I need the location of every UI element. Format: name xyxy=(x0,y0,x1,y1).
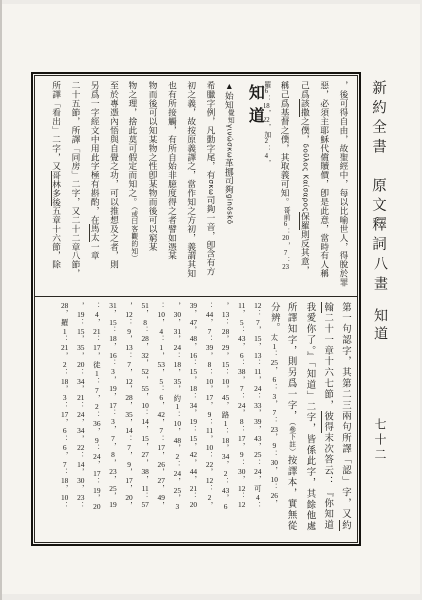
verse-reference-column: ：4，21：17，徒1：7，2：36，9：24，17：19，20 xyxy=(88,302,104,540)
verse-number: 21 xyxy=(189,485,198,492)
text-run: 11，5：43，6：38，7：24，8：17，9：30，12：12 xyxy=(237,302,246,509)
verse-number: 36 xyxy=(92,420,101,427)
scanned-book-page: { "colors": { "ink": "#1c1b19", "paper":… xyxy=(0,0,422,600)
verse-number: 34 xyxy=(221,453,230,460)
verse-number: 1 xyxy=(221,420,230,427)
greek-transliteration: γινώσκω xyxy=(225,124,233,158)
text-run: 革挪司夠 xyxy=(224,158,234,194)
verse-number: 35 xyxy=(76,344,85,351)
verse-number: 3 xyxy=(60,394,69,401)
verse-reference-column: 31，15：18，16：3，19，17：3，7，8，23，25，19 xyxy=(104,302,120,540)
verse-number: 17 xyxy=(108,402,117,409)
verse-number: 2 xyxy=(60,361,69,368)
vertical-text-column: ▲始知覺知γινώσκω革挪司夠ginōskō xyxy=(220,81,239,294)
verse-number: 48 xyxy=(189,335,198,342)
verse-number: 24 xyxy=(253,385,262,392)
verse-number: 24 xyxy=(92,453,101,460)
vertical-text-column: 另爲一字經文中用此字極有斟酌，在馬太一章 xyxy=(85,81,104,294)
text-run: 一章 xyxy=(90,242,100,260)
verse-number: 49 xyxy=(157,494,166,501)
verse-number: 30 xyxy=(76,477,85,484)
verse-number: 26 xyxy=(157,461,166,468)
text-run: ，30，31，24：18，35，約1：10，48，2：24，25，3 xyxy=(173,302,182,511)
text-run: ：4，21：17，徒1：7，2：36，9：24，17：19，20 xyxy=(92,302,101,511)
vertical-text-column: 也有所接觸，有所自始非臆度得之者譬如憑某 xyxy=(162,81,181,294)
verse-number: 31 xyxy=(108,302,117,309)
verse-number: 13 xyxy=(125,344,134,351)
text-run: 39，47，48，16：15，18：34，19：15，42，44，21：20 xyxy=(189,302,198,509)
text-run: ，12：9，13：7，12，28，35，14：7，9，17，20， xyxy=(125,302,134,511)
proper-name-marked: 翰 xyxy=(321,302,332,313)
verse-number: 6 xyxy=(237,352,246,359)
verse-number: 18 xyxy=(173,361,182,368)
text-run: ，後可得自由，故聖經中，每以比喻世人，得脫於罪 xyxy=(339,81,349,287)
verse-number: 3 xyxy=(108,368,117,375)
text-run: ，13：28，29，15：10，45，路1：18，34，2：43，6 xyxy=(221,302,230,511)
verse-number: 39 xyxy=(189,302,198,309)
verse-number: 39 xyxy=(205,344,214,351)
verse-number: 20 xyxy=(125,494,134,501)
vertical-text-column: 分辨。太1：25，6：3，7：23，9：30，10：26， xyxy=(265,302,282,540)
vertical-text-column: 二十五節，所譯「同房」二字，又二十二章八節， xyxy=(66,81,85,294)
text-run: 28，羅1：21，2：18，3：17，6：6，7：18，10： xyxy=(60,302,69,511)
verse-number: 22 xyxy=(264,117,270,124)
verse-number: 23 xyxy=(270,426,279,433)
verse-number: 9 xyxy=(125,328,134,335)
verse-number: 14 xyxy=(76,461,85,468)
verse-number: 12 xyxy=(237,501,246,508)
greek-transliteration: δοῦλος Καίσαρος xyxy=(301,144,309,212)
verse-number: 6 xyxy=(264,88,270,95)
verse-number: 57 xyxy=(141,501,150,508)
verse-number: 2 xyxy=(173,453,182,460)
verse-number: 28 xyxy=(60,302,69,309)
verse-number: 12 xyxy=(205,477,214,484)
verse-number: 6 xyxy=(270,376,279,383)
text-run: 按譯本，實無從 xyxy=(286,455,296,531)
verse-number: 10 xyxy=(270,476,279,483)
verse-number: 6 xyxy=(282,221,289,228)
text-run: 第一句認字，其第二三兩句所譯「認」字，又 xyxy=(340,302,350,520)
verse-number: 11 xyxy=(205,427,214,434)
verse-number: 8 xyxy=(108,451,117,458)
vertical-text-column: 我愛你了。』「知道」二字，皆係此字，其餘他處 xyxy=(300,302,318,540)
verse-number: 7 xyxy=(125,444,134,451)
verse-reference-column: 39，47，48，16：15，18：34，19：15，42，44，21：20 xyxy=(185,302,201,540)
verse-number: 30 xyxy=(237,468,246,475)
page-frame: ，後可得自由，故聖經中，每以比喻世人，得脫於罪惡，必須主耶穌代償贖價，卽是此意，… xyxy=(31,72,361,546)
verse-number: 1 xyxy=(270,343,279,350)
verse-number: 24 xyxy=(253,468,262,475)
verse-number: 27 xyxy=(141,451,150,458)
verse-number: 17 xyxy=(157,444,166,451)
vertical-text-column: 第一句認字，其第二三兩句所譯「認」字，又約 xyxy=(335,302,353,540)
entry-heading-text: 知道 xyxy=(246,81,263,130)
text-run: 五章十六節，除 xyxy=(52,206,62,269)
verse-number: 10 xyxy=(205,378,214,385)
verse-number: 7 xyxy=(92,387,101,394)
verse-number: 7 xyxy=(270,409,279,416)
verse-number: 12 xyxy=(253,302,262,309)
verse-number: 15 xyxy=(76,328,85,335)
text-run: 物而後可以知某物之性卽某物而後可以窮某 xyxy=(148,81,158,251)
verse-number: 17 xyxy=(237,435,246,442)
verse-number: 31 xyxy=(173,328,182,335)
verse-number: 4 xyxy=(253,494,262,501)
verse-number: 51 xyxy=(141,302,150,309)
verse-number: 19 xyxy=(92,487,101,494)
verse-number: 12 xyxy=(125,378,134,385)
verse-number: 18 xyxy=(221,437,230,444)
verse-number: 19 xyxy=(108,501,117,508)
verse-number: 21 xyxy=(60,344,69,351)
verse-number: 8 xyxy=(205,361,214,368)
text-run: 希臘字例，凡動字尾，有 xyxy=(206,81,216,179)
verse-number: 25 xyxy=(253,451,262,458)
text-run: 司夠一音，卽含有方 xyxy=(206,195,216,276)
verse-number: 1 xyxy=(157,344,166,351)
verse-number: 2 xyxy=(205,494,214,501)
margin-radical-section: 八畫 xyxy=(365,256,389,296)
vertical-text-column: 物之理，捨此莫可假定而知之。（或曰客觀的知） xyxy=(124,81,143,294)
verse-number: 17 xyxy=(60,411,69,418)
verse-number: 33 xyxy=(253,402,262,409)
verse-number: 3 xyxy=(108,418,117,425)
verse-number: 11 xyxy=(253,368,262,375)
verse-number: 18 xyxy=(108,335,117,342)
verse-number: 15 xyxy=(108,319,117,326)
verse-number: 6 xyxy=(221,503,230,510)
page-frame-inner-rule: ，後可得自由，故聖經中，每以比喻世人，得脫於罪惡，必須主耶穌代償贖價，卽是此意，… xyxy=(34,75,358,543)
verse-number: 4 xyxy=(157,328,166,335)
verse-number: 23 xyxy=(108,468,117,475)
verse-number: 17 xyxy=(92,470,101,477)
verse-number: 10 xyxy=(141,402,150,409)
outer-margin-column: 新約全書 原文釋詞 八畫 知道 七十二 xyxy=(365,76,389,546)
text-run: 分辨。 xyxy=(269,302,279,333)
verse-reference-column: ，13：28，29，15：10，45，路1：18，34，2：43，6 xyxy=(217,302,233,540)
verse-number: 13 xyxy=(221,311,230,318)
verse-reference-column: 28，羅1：21，2：18，3：17，6：6，7：18，10： xyxy=(56,302,72,540)
verse-number: 12 xyxy=(125,311,134,318)
verse-number: 9 xyxy=(125,461,134,468)
verse-number: 2 xyxy=(92,403,101,410)
verse-number: 53 xyxy=(157,361,166,368)
small-annotation: 覺知 xyxy=(226,109,233,124)
verse-number: 16 xyxy=(108,352,117,359)
verse-number: 18 xyxy=(264,103,270,110)
vertical-text-column: 己爲該撒之僕，δοῦλος Καίσαρος保羅則反其意， xyxy=(295,81,314,294)
verse-number: 26 xyxy=(270,492,279,499)
verse-number: 19 xyxy=(76,311,85,318)
verse-number: 38 xyxy=(141,468,150,475)
verse-number: 11 xyxy=(237,302,246,309)
text-run: ，19：15，35，20：34，21：24，34，22：14，30，23： xyxy=(76,302,85,511)
verse-number: 20 xyxy=(76,361,85,368)
verse-number: 18 xyxy=(60,477,69,484)
verse-number: 19 xyxy=(189,418,198,425)
verse-number: 20 xyxy=(92,503,101,510)
verse-number: 8 xyxy=(141,319,150,326)
text-run: 12：7，15，13：11，24：33，39，43，25：24，可4： xyxy=(253,302,262,511)
bottom-register: 第一句認字，其第二三兩句所譯「認」字，又約翰二十一章十六七節，彼得末次答云：『你… xyxy=(35,297,357,542)
verse-number: 48 xyxy=(173,437,182,444)
verse-number: 24 xyxy=(76,411,85,418)
verse-number: 9 xyxy=(270,442,279,449)
verse-number: 19 xyxy=(108,385,117,392)
verse-number: 11 xyxy=(141,485,150,492)
verse-reference-column: ：44，7：39，8：10，17，9：11，10：22，12：2， xyxy=(201,302,217,540)
verse-number: 7 xyxy=(125,361,134,368)
text-run: 二十五節，所譯「同房」二字，又二十二章八節， xyxy=(71,81,81,278)
verse-reference-run: 太1：25，6：3，7：23，9：30，10：26， xyxy=(270,333,279,508)
verse-number: 15 xyxy=(189,368,198,375)
text-run: 另爲一字經文中用此字極有斟酌，在 xyxy=(90,81,100,224)
text-run: 至於專憑內悟與自覺之功，可以推想及之者，則 xyxy=(110,81,120,269)
vertical-text-column: 翰二十一章十六七節，彼得末次答云：『你知道 xyxy=(317,302,335,540)
verse-number: 1 xyxy=(92,370,101,377)
verse-number: 9 xyxy=(237,451,246,458)
greek-transliteration: ginōskō xyxy=(225,194,233,225)
verse-number: 43 xyxy=(221,487,230,494)
verse-number: 17 xyxy=(205,394,214,401)
verse-number: 18 xyxy=(189,385,198,392)
text-run: 也有所接觸，有所自始非臆度得之者譬如憑某 xyxy=(167,81,177,260)
verse-number: 45 xyxy=(221,394,230,401)
verse-number: 38 xyxy=(237,368,246,375)
verse-reference-column: 12：7，15，13：11，24：33，39，43，25：24，可4： xyxy=(249,302,265,540)
verse-number: 25 xyxy=(270,359,279,366)
text-run: 所譯「看出」二字，又 xyxy=(52,81,62,171)
margin-work-title: 新約全書 原文釋詞 xyxy=(365,80,389,256)
verse-number: 23 xyxy=(282,264,289,271)
verse-number: 15 xyxy=(141,435,150,442)
vertical-text-column: ，後可得自由，故聖經中，每以比喻世人，得脫於罪 xyxy=(334,81,353,294)
verse-number: 10 xyxy=(157,311,166,318)
verse-number: 3 xyxy=(270,393,279,400)
vertical-text-column: 所譯知字，則另爲一字，（參下註）按譯本，實無從 xyxy=(282,302,300,540)
top-register: ，後可得自由，故聖經中，每以比喻世人，得脫於罪惡，必須主耶穌代償贖價，卽是此意，… xyxy=(35,76,357,297)
vertical-text-column: 希臘字例，凡動字尾，有σκω司夠一音，卽含有方 xyxy=(201,81,220,294)
verse-number: 35 xyxy=(125,411,134,418)
verse-number: 7 xyxy=(237,385,246,392)
verse-number: 1 xyxy=(60,328,69,335)
verse-number: 16 xyxy=(189,352,198,359)
verse-number: 7 xyxy=(282,250,289,257)
verse-number: 6 xyxy=(157,394,166,401)
vertical-text-column: 物而後可以知某物之性卽某物而後可以窮某 xyxy=(143,81,162,294)
verse-number: 10 xyxy=(221,378,230,385)
text-run: 物之理，捨此莫可假定而知之。 xyxy=(128,81,138,206)
text-run: 則反其意， xyxy=(300,230,310,275)
verse-number: 21 xyxy=(92,328,101,335)
verse-number: 10 xyxy=(205,444,214,451)
verse-number: 25 xyxy=(108,485,117,492)
verse-number: 10 xyxy=(173,420,182,427)
text-run: 初之義，故按原義譯之，當作知之方初，義謂其知 xyxy=(187,81,197,278)
verse-number: 34 xyxy=(189,402,198,409)
text-run: ▲始知 xyxy=(224,81,234,109)
text-run: 二十一章十六七節， xyxy=(322,313,332,411)
proper-name-marked: 該撒 xyxy=(299,99,310,117)
verse-number: 24 xyxy=(173,344,182,351)
text-run: 所譯知字，則另爲一字， xyxy=(286,302,296,422)
verse-number: 25 xyxy=(173,487,182,494)
small-annotation: （或曰客觀的知） xyxy=(130,206,137,262)
verse-number: 39 xyxy=(253,418,262,425)
verse-number: 47 xyxy=(189,319,198,326)
proper-name-marked: 馬太 xyxy=(89,224,100,242)
verse-reference-column: 51，8：28，32，52，55，10：14，15，27，38，11：57 xyxy=(137,302,153,540)
verse-number: 4 xyxy=(264,153,270,160)
verse-number: 15 xyxy=(189,435,198,442)
verse-number: 18 xyxy=(60,378,69,385)
verse-number: 27 xyxy=(157,477,166,484)
verse-number: 2 xyxy=(264,138,270,145)
verse-number: 42 xyxy=(157,411,166,418)
verse-number: 4 xyxy=(92,311,101,318)
proper-name-marked: 保羅 xyxy=(299,212,310,230)
text-run: ：44，7：39，8：10，17，9：11，10：22，12：2， xyxy=(205,302,214,511)
verse-number: 14 xyxy=(125,427,134,434)
verse-number: 15 xyxy=(253,335,262,342)
verse-number: 6 xyxy=(60,444,69,451)
verse-number: 55 xyxy=(141,385,150,392)
verse-number: 5 xyxy=(157,378,166,385)
verse-number: 22 xyxy=(205,461,214,468)
verse-number: 43 xyxy=(253,435,262,442)
verse-number: 23 xyxy=(76,494,85,501)
verse-number: 5 xyxy=(237,319,246,326)
verse-number: 7 xyxy=(108,435,117,442)
proper-name-marked: 彼得 xyxy=(321,411,332,433)
verse-reference-column: 11，5：43，6：38，7：24，8：17，9：30，12：12 xyxy=(233,302,249,540)
verse-number: 34 xyxy=(76,427,85,434)
verse-number: 7 xyxy=(205,328,214,335)
margin-folio-number: 七十二 xyxy=(365,418,389,463)
proper-name-marked: 哥林多後 xyxy=(51,171,62,207)
entry-heading-column: 知道 xyxy=(239,81,264,294)
verse-number: 21 xyxy=(76,394,85,401)
verse-number: 7 xyxy=(157,427,166,434)
text-run: ：10，4：1，53，5：6，42，7：17，26，27，49， xyxy=(157,302,166,511)
verse-number: 10 xyxy=(60,494,69,501)
verse-number: 17 xyxy=(125,477,134,484)
text-run: 稱己爲基督之僕，其取義可知。 xyxy=(280,81,290,206)
verse-number: 9 xyxy=(205,411,214,418)
verse-number: 34 xyxy=(76,378,85,385)
verse-number: 30 xyxy=(270,459,279,466)
verse-number: 17 xyxy=(92,344,101,351)
verse-number: 20 xyxy=(189,501,198,508)
verse-number: 3 xyxy=(173,503,182,510)
verse-number: 7 xyxy=(60,461,69,468)
vertical-text-column: 羅6：18，22，加2：4， xyxy=(264,81,276,294)
verse-number: 8 xyxy=(237,418,246,425)
text-run: 51，8：28，32，52，55，10：14，15，27，38，11：57 xyxy=(141,302,150,509)
text-run: 之僕， xyxy=(300,117,310,144)
verse-number: 7 xyxy=(253,319,262,326)
verse-number: 13 xyxy=(253,352,262,359)
text-run: 末次答云：『你知道 xyxy=(322,433,332,531)
small-annotation: 羅6：18，22，加2：4， xyxy=(264,81,270,167)
verse-number: 28 xyxy=(125,394,134,401)
verse-number: 14 xyxy=(141,418,150,425)
small-annotation: （參下註） xyxy=(288,422,295,456)
verse-number: 9 xyxy=(92,437,101,444)
verse-reference-column: ：10，4：1，53，5：6，42，7：17，26，27，49， xyxy=(153,302,169,540)
verse-number: 1 xyxy=(173,403,182,410)
verse-number: 30 xyxy=(173,311,182,318)
verse-number: 44 xyxy=(205,311,214,318)
text-run: 己爲 xyxy=(300,81,310,99)
verse-reference-column: ，30，31，24：18，35，約1：10，48，2：24，25，3 xyxy=(169,302,185,540)
verse-number: 35 xyxy=(173,378,182,385)
greek-transliteration: σκω xyxy=(207,179,215,195)
vertical-text-column: 所譯「看出」二字，又哥林多後五章十六節，除 xyxy=(46,81,65,294)
verse-number: 22 xyxy=(76,444,85,451)
verse-number: 24 xyxy=(173,470,182,477)
vertical-text-column: 初之義，故按原義譯之，當作知之方初，義謂其知 xyxy=(181,81,200,294)
verse-number: 52 xyxy=(141,368,150,375)
verse-number: 32 xyxy=(141,352,150,359)
margin-entry-label: 知道 xyxy=(365,308,389,344)
verse-number: 28 xyxy=(141,335,150,342)
verse-number: 2 xyxy=(221,470,230,477)
verse-number: 43 xyxy=(237,335,246,342)
vertical-text-column: 惡，必須主耶穌代償贖價，卽是此意，當時有人稱 xyxy=(314,81,333,294)
verse-number: 44 xyxy=(189,468,198,475)
proper-name-marked: 約 xyxy=(339,520,350,531)
verse-number: 15 xyxy=(221,361,230,368)
verse-reference-column: ，19：15，35，20：34，21：24，34，22：14，30，23： xyxy=(72,302,88,540)
text-run: 惡，必須主耶穌代償贖價，卽是此意，當時有人稱 xyxy=(320,81,330,278)
text-run: 我愛你了。』「知道」二字，皆係此字，其餘他處 xyxy=(304,302,314,532)
verse-number: 28 xyxy=(221,328,230,335)
verse-number: 6 xyxy=(60,427,69,434)
verse-number: 12 xyxy=(237,485,246,492)
verse-number: 42 xyxy=(189,451,198,458)
verse-number: 20 xyxy=(282,235,289,242)
text-run: 31，15：18，16：3，19，17：3，7，8，23，25，19 xyxy=(108,302,117,509)
verse-number: 24 xyxy=(237,402,246,409)
vertical-text-column: 至於專憑內悟與自覺之功，可以推想及之者，則 xyxy=(104,81,123,294)
verse-number: 29 xyxy=(221,344,230,351)
verse-reference-column: ，12：9，13：7，12，28，35，14：7，9，17，20， xyxy=(120,302,136,540)
vertical-text-column: 稱己爲基督之僕，其取義可知。哥前6：20，7：23 xyxy=(276,81,295,294)
small-annotation: 哥前6：20，7：23 xyxy=(282,206,289,270)
